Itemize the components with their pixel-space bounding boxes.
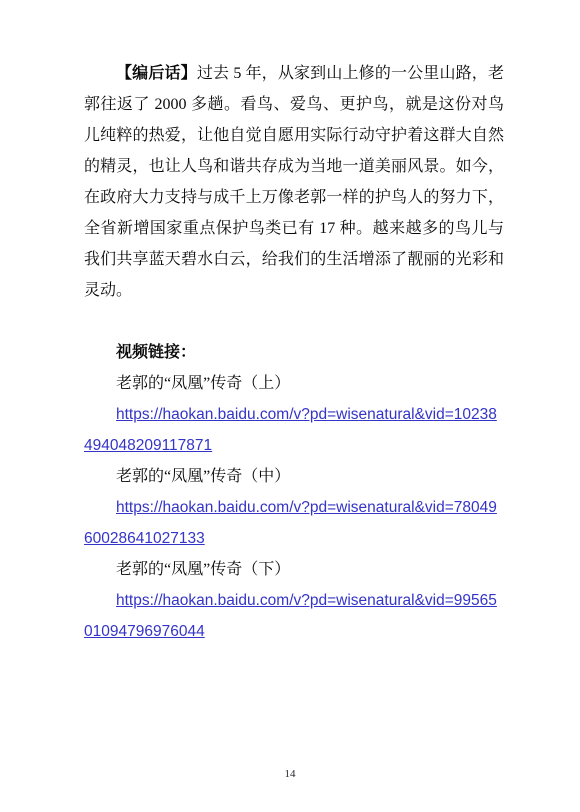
editor-note-paragraph: 【编后话】过去 5 年，从家到山上修的一公里山路，老郭往返了 2000 多趟。看… [84,58,504,306]
editor-note-body: 过去 5 年，从家到山上修的一公里山路，老郭往返了 2000 多趟。看鸟、爱鸟、… [84,65,504,299]
video-link-url-1[interactable]: https://haokan.baidu.com/v?pd=wisenatura… [84,399,504,461]
video-link-title-1: 老郭的“凤凰”传奇（上） [84,368,504,399]
video-link-url-3[interactable]: https://haokan.baidu.com/v?pd=wisenatura… [84,585,504,647]
page-number: 14 [0,768,580,780]
video-link-title-3: 老郭的“凤凰”传奇（下） [84,554,504,585]
video-link-title-2: 老郭的“凤凰”传奇（中） [84,461,504,492]
page-content: 【编后话】过去 5 年，从家到山上修的一公里山路，老郭往返了 2000 多趟。看… [84,58,504,647]
video-links-heading: 视频链接： [84,337,504,368]
editor-note-label: 【编后话】 [116,65,197,82]
video-link-url-2[interactable]: https://haokan.baidu.com/v?pd=wisenatura… [84,492,504,554]
document-page: 【编后话】过去 5 年，从家到山上修的一公里山路，老郭往返了 2000 多趟。看… [0,0,580,812]
